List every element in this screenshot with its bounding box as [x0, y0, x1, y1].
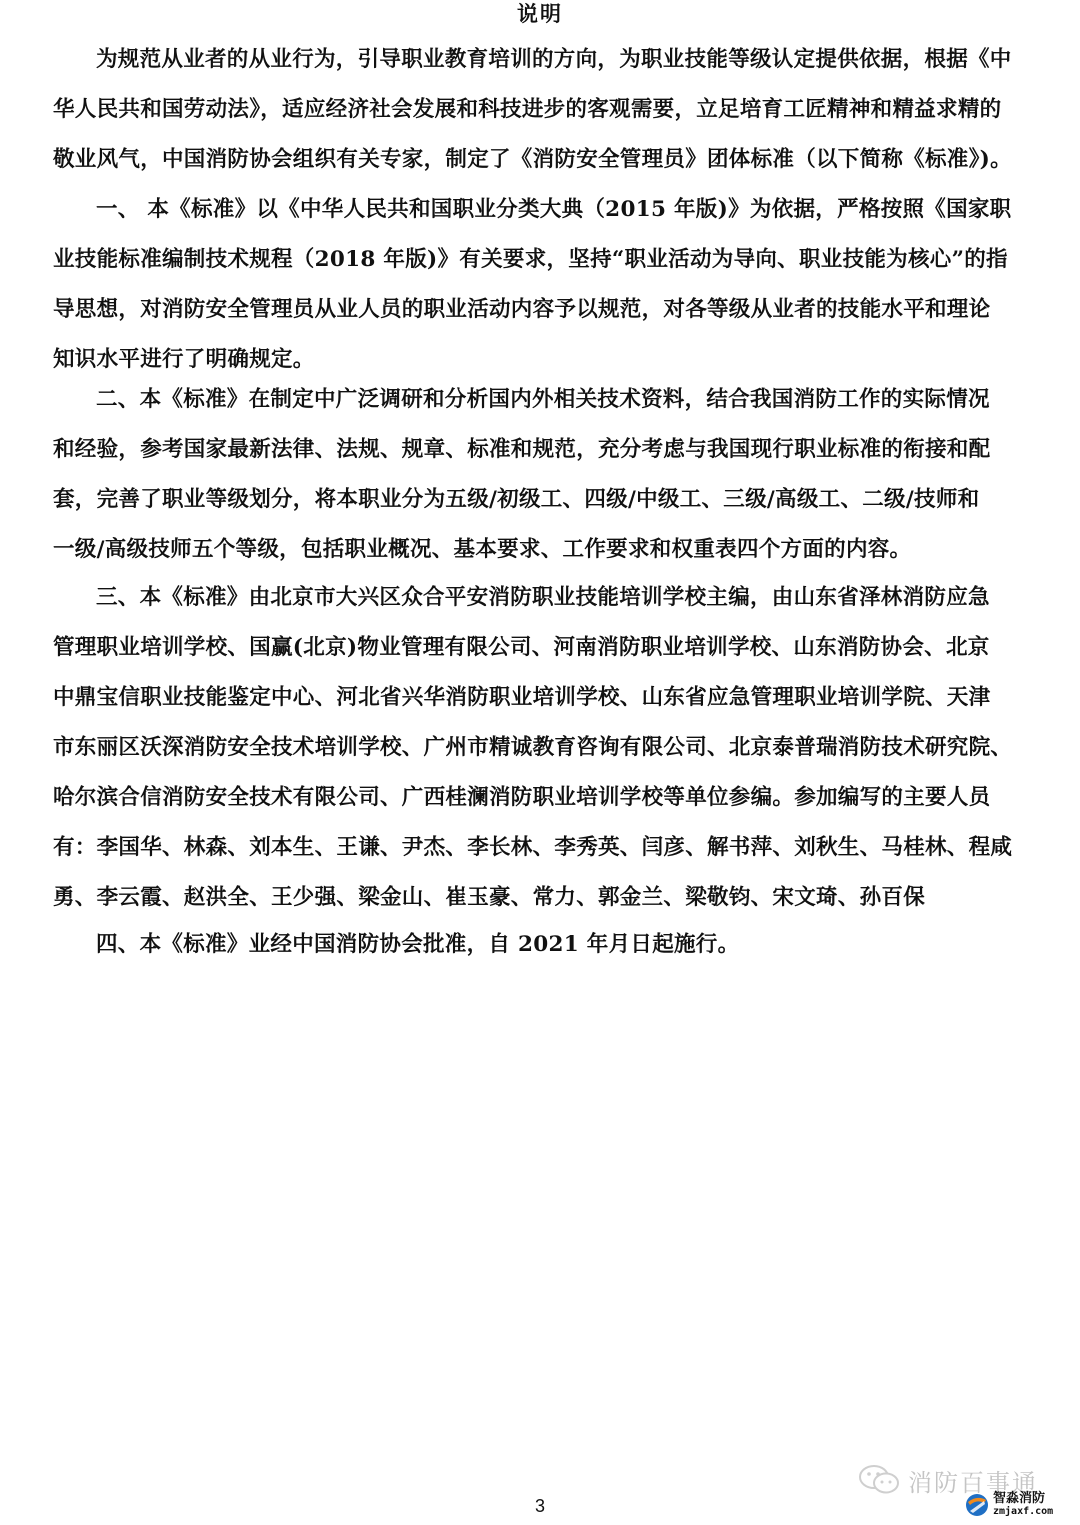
text-line: 哈尔滨合信消防安全技术有限公司、广西桂澜消防职业培训学校等单位参编。参加编写的主… — [53, 773, 1018, 823]
page-number: 3 — [0, 1496, 1080, 1517]
text-line: 导思想，对消防安全管理员从业人员的职业活动内容予以规范，对各等级从业者的技能水平… — [53, 285, 1018, 335]
wechat-icon — [858, 1463, 902, 1497]
text-line: 业技能标准编制技术规程（2018 年版)》有关要求，坚持“职业活动为导向、职业技… — [53, 235, 1018, 285]
text-line: 管理职业培训学校、国赢(北京)物业管理有限公司、河南消防职业培训学校、山东消防协… — [53, 623, 1018, 673]
text-line: 二、本《标准》在制定中广泛调研和分析国内外相关技术资料，结合我国消防工作的实际情… — [53, 375, 1018, 425]
text-line: 敬业风气，中国消防协会组织有关专家，制定了《消防安全管理员》团体标准（以下简称《… — [53, 135, 1018, 185]
text-line: 有：李国华、林森、刘本生、王谦、尹杰、李长林、李秀英、闫彦、解书萍、刘秋生、马桂… — [53, 823, 1018, 873]
text-line: 四、本《标准》业经中国消防协会批准，自 2021 年月日起施行。 — [53, 920, 1018, 970]
text-line: 华人民共和国劳动法》，适应经济社会发展和科技进步的客观需要，立足培育工匠精神和精… — [53, 85, 1018, 135]
section-3-paragraph: 三、本《标准》由北京市大兴区众合平安消防职业技能培训学校主编，由山东省泽林消防应… — [53, 573, 1018, 923]
section-1-paragraph: 一、 本《标准》以《中华人民共和国职业分类大典（2015 年版)》为依据，严格按… — [53, 185, 1018, 385]
text-line: 勇、李云霞、赵洪全、王少强、梁金山、崔玉豪、常力、郭金兰、梁敬钧、宋文琦、孙百保 — [53, 873, 1018, 923]
text-line: 一、 本《标准》以《中华人民共和国职业分类大典（2015 年版)》为依据，严格按… — [53, 185, 1018, 235]
text-line: 市东丽区沃深消防安全技术培训学校、广州市精诚教育咨询有限公司、北京泰普瑞消防技术… — [53, 723, 1018, 773]
text-line: 套，完善了职业等级划分，将本职业分为五级/初级工、四级/中级工、三级/高级工、二… — [53, 475, 1018, 525]
text-line: 和经验，参考国家最新法律、法规、规章、标准和规范，充分考虑与我国现行职业标准的衔… — [53, 425, 1018, 475]
page-title: 说明 — [0, 0, 1080, 28]
section-4-paragraph: 四、本《标准》业经中国消防协会批准，自 2021 年月日起施行。 — [53, 920, 1018, 970]
text-line: 三、本《标准》由北京市大兴区众合平安消防职业技能培训学校主编，由山东省泽林消防应… — [53, 573, 1018, 623]
intro-paragraph: 为规范从业者的从业行为，引导职业教育培训的方向，为职业技能等级认定提供依据，根据… — [53, 35, 1018, 185]
text-line: 中鼎宝信职业技能鉴定中心、河北省兴华消防职业培训学校、山东省应急管理职业培训学院… — [53, 673, 1018, 723]
section-2-paragraph: 二、本《标准》在制定中广泛调研和分析国内外相关技术资料，结合我国消防工作的实际情… — [53, 375, 1018, 575]
text-line: 为规范从业者的从业行为，引导职业教育培训的方向，为职业技能等级认定提供依据，根据… — [53, 35, 1018, 85]
text-line: 一级/高级技师五个等级，包括职业概况、基本要求、工作要求和权重表四个方面的内容。 — [53, 525, 1018, 575]
